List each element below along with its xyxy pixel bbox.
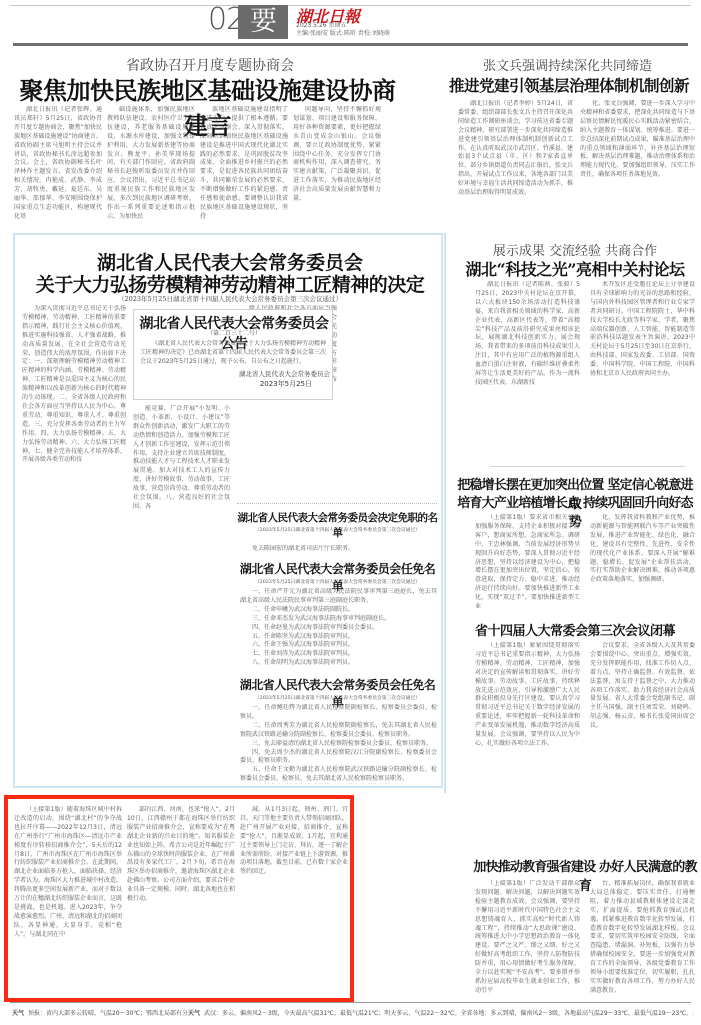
decision-title-2: 关于大力弘扬劳模精神劳动精神工匠精神的决定: [20, 270, 440, 297]
appointment-1-items: 一、任命严开元为湖北省高级人民法院民事审判第三庭庭长，免去其湖北省高级人民法院民…: [240, 588, 437, 668]
growth-col-2: 化，发挥我省科教和产业优势，推动新能源与智能网联汽车等产业突破性发展，推进产业智…: [590, 514, 695, 610]
masthead-meta: 2023.5.26 星期五 主编:张丽安 版式:陈昕 责校:刘晓萌: [296, 22, 390, 38]
notice-signature: 湖北省人民代表大会常务委员会: [200, 369, 330, 378]
tech-col-1: 湖北日报讯（记者陈茜、张毅）5月25日，2023中关村论坛在京开幕，以六大板块1…: [475, 281, 580, 424]
red-article-col-1: （上接第1版）随着海珠区城中村拆迁改造的启动，围绕“湖北村”的争夺战也拉开序幕—…: [14, 806, 122, 996]
appointment-1-item: 六、任命王强为武汉海事法院审判员。: [240, 641, 437, 650]
appointment-2-item: 五、任命王文勤为湖北省人民检察院武汉铁路运输分院副检察长、检察委员会委员、检察员…: [240, 766, 437, 784]
cppcc-col-1: 湖北日报讯（记者张晖、通讯员郑轩）5月25日，省政协召开月度专题协商会，聚焦“加…: [14, 106, 102, 224]
tech-col-2: 术开发区还受邀在论坛上分享建设具有全球影响力的光谷的思路和经验，与国内外科技园区…: [590, 281, 695, 424]
appointment-2-item: 二、任命周秀芳为湖北省人民检察院副检察长，免去其湖北省人民检察院武汉铁路运输分院…: [240, 722, 437, 740]
appointment-1-item: 八、任命胡明为武汉海事法院审判员。: [240, 659, 437, 668]
appointment-2-item: 一、任命鲍廷辉为湖北省人民检察院副检察长、检察委员会委员、检察员。: [240, 704, 437, 722]
notice-body: 《湖北省人民代表大会常务委员会关于大力弘扬劳模精神劳动精神工匠精神的决定》已由湖…: [140, 340, 326, 368]
red-article-col-2: 部的江西、河南，也来“抢人”。2月10日，江西赣州于都在海珠区举行纺织服装产业招…: [127, 806, 235, 996]
appointment-2-subtitle: （2023年5月25日湖北省第十四届人民代表大会常务委员会第三次会议通过）: [235, 694, 440, 701]
decision-subtitle: （2023年5月25日湖北省第十四届人民代表大会常务委员会第三次会议通过）: [20, 294, 440, 303]
npc-col-1: （上接第1版）紧紧围绕贯彻落实习近平总书记重要指示精神，大力弘扬劳模精神、劳动精…: [475, 642, 580, 830]
edu-col-2: 台、精准拓展岗位，确保我省就业大局总体稳定。要压实责任，打通梗阻，着力推动县域教…: [590, 880, 695, 998]
masthead-rule: [13, 43, 688, 46]
right-frame-line: [444, 233, 446, 793]
issue-date: 2023.5.26 星期五: [296, 22, 390, 30]
appointment-1-item: 七、任命刘涛为武汉海事法院审判员。: [240, 650, 437, 659]
appointment-1-item: 一、任命严开元为湖北省高级人民法院民事审判第三庭庭长，免去其湖北省高级人民法院民…: [240, 588, 437, 606]
notice-date: 2023年5月25日: [200, 379, 312, 389]
dismissal-title: 湖北省人民代表大会常务委员会决定免职的名单: [235, 510, 440, 540]
appointment-2-items: 一、任命鲍廷辉为湖北省人民检察院副检察长、检察委员会委员、检察员。 二、任命周秀…: [240, 704, 437, 784]
notice-number: （第二百三十二号）: [136, 328, 332, 337]
cppcc-col-2: 础设施体系，加强民族地区教师队伍建设，农村医疗卫生队伍建设，养老服务基础设施建设…: [107, 106, 195, 224]
appointment-1-subtitle: （2023年5月25日湖北省第十四届人民代表大会常务委员会第三次会议通过）: [235, 578, 440, 585]
npc-headline: 省十四届人大常委会第三次会议闭幕: [452, 620, 698, 639]
weather-text: 武汉：多云，偏南风2～3级，今天最高气温31℃，最低气温21℃；明天多云，气温2…: [204, 1010, 693, 1017]
decision-col-3b: [237, 445, 437, 498]
appointment-2-item: 三、免去廖益清的湖北省人民检察院检察委员会委员、检察员职务。: [240, 740, 437, 749]
cppcc-col-4: 问题导向，坚持不懈抓好规划谋划、项目建设和服务保障，用好各种资源要素，更好把握绿…: [293, 106, 381, 224]
tech-headline: 湖北“科技之光”亮相中关村论坛: [452, 257, 698, 280]
zhang-kicker: 张文兵强调持续深化共同缔造: [440, 55, 695, 74]
dismissal-subtitle: （2023年5月25日湖北省第十四届人民代表大会常务委员会第三次会议通过）: [235, 526, 440, 533]
decision-col-2: 能竞赛，广泛开展“小发明、小创造、小革新、小设计、小建议”等群众性创新活动，激发…: [133, 405, 230, 783]
zhang-col-2: 化。张文兵强调，要进一步深入学习中央精神和省委要求，把深化共同缔造与下基层察民情…: [580, 100, 695, 224]
editors-line: 主编:张丽安 版式:陈昕 责校:刘晓萌: [296, 30, 390, 38]
edu-col-1: （上接第1版）广泛发动干部群众发现问题、解决问题，以解决问题实效检验主题教育成效…: [475, 880, 580, 998]
weather-left: 天气预报：省内大部多云转晴，气温20～30℃；鄂西北局部有分散性阵雨，最高气温3…: [12, 1008, 187, 1017]
npc-col-2: 会议要求，全省各级人大及其常委会要围绕中心、突出重点、增强实效，充分发挥职能作用…: [590, 642, 695, 830]
dismissal-body: 免去陈园宏的湖北省司法厅厅长职务。: [240, 545, 435, 555]
appointment-1-item: 二、任命申曦为武汉海事法院副院长。: [240, 606, 437, 615]
zhang-headline: 推进党建引领基层治理体制机制创新: [440, 74, 698, 96]
zhang-col-1: 湖北日报讯（记者李婷）5月24日，省委常委、组织部部长张文兵主持召开深化共同缔造…: [458, 100, 573, 224]
weather-label: 天气: [12, 1010, 24, 1017]
appointment-1-item: 三、任命邓杰发为武汉海事法院海事审判庭副庭长。: [240, 615, 437, 624]
right-divider-1: [490, 466, 685, 467]
weather-right: 天气武汉：多云，偏南风2～3级，今天最高气温31℃，最低气温21℃；明天多云，气…: [188, 1008, 693, 1017]
red-article-col-3: 减。从1月3日起，荆州、荆门、宜昌、天门等地主要负责人带领招商团队，赴广州开展产…: [240, 806, 348, 996]
appointment-2-item: 四、免去周少杰的湖北省人民检察院汉江分院副检察长、检察委员会委员、检察员职务。: [240, 749, 437, 767]
middle-continuation: [362, 800, 444, 995]
list-divider-1: [237, 503, 437, 504]
decision-col-1: 为深入贯彻习近平总书记关于弘扬劳模精神、劳动精神、工匠精神的重要指示精神，践行社…: [22, 305, 126, 783]
cppcc-col-3: 族地区基础设施建设指明了前进方向，提供了根本遵循。要认真学习领会、深入贯彻落实，…: [200, 106, 288, 224]
footer-rule: [10, 1002, 691, 1003]
appointment-1-item: 四、任命赵曼为武汉海事法院审判委员会委员。: [240, 624, 437, 633]
weather-text: 预报：省内大部多云转晴，气温20～30℃；鄂西北局部有分散性阵雨，最高气温31℃…: [28, 1010, 187, 1017]
growth-col-1: （上接第1版）要求省市相关单位加强服务保障，支持企业积极对接下游客户，想商家所想…: [475, 514, 580, 610]
weather-label: 天气: [188, 1010, 200, 1017]
section-label: 要闻: [238, 5, 288, 39]
